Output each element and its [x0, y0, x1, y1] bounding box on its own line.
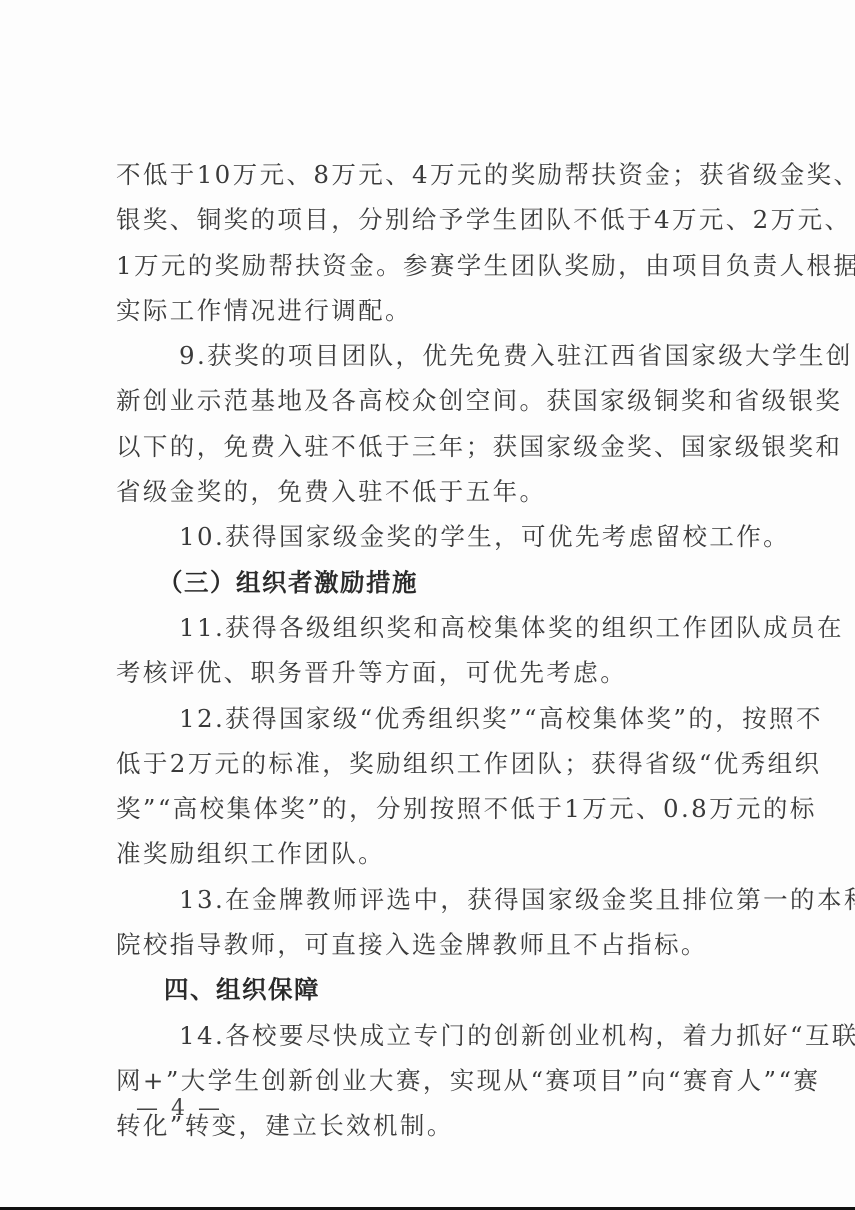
paragraph-14-start: 14.各校要尽快成立专门的创新创业机构，着力抓好“互联 [116, 1013, 748, 1058]
text-line: 省级金奖的，免费入驻不低于五年。 [116, 469, 748, 514]
text-line: 准奖励组织工作团队。 [116, 831, 748, 876]
text-line: 实际工作情况进行调配。 [116, 288, 748, 333]
text-line: 院校指导教师，可直接入选金牌教师且不占指标。 [116, 922, 748, 967]
section-heading-organizer-incentives: （三）组织者激励措施 [116, 560, 748, 605]
text-line: 银奖、铜奖的项目，分别给予学生团队不低于4万元、2万元、 [116, 197, 748, 242]
paragraph-11-start: 11.获得各级组织奖和高校集体奖的组织工作团队成员在 [116, 605, 748, 650]
paragraph-9-start: 9.获奖的项目团队，优先免费入驻江西省国家级大学生创 [116, 333, 748, 378]
document-body: 不低于10万元、8万元、4万元的奖励帮扶资金；获省级金奖、 银奖、铜奖的项目，分… [116, 152, 748, 1149]
text-line: 奖”“高校集体奖”的，分别按照不低于1万元、0.8万元的标 [116, 786, 748, 831]
text-line: 1万元的奖励帮扶资金。参赛学生团队奖励，由项目负责人根据 [116, 243, 748, 288]
paragraph-12-start: 12.获得国家级“优秀组织奖”“高校集体奖”的，按照不 [116, 696, 748, 741]
text-line: 考核评优、职务晋升等方面，可优先考虑。 [116, 650, 748, 695]
paragraph-10: 10.获得国家级金奖的学生，可优先考虑留校工作。 [116, 514, 748, 559]
text-line: 以下的，免费入驻不低于三年；获国家级金奖、国家级银奖和 [116, 424, 748, 469]
page-number: — 4 — [136, 1096, 223, 1121]
text-line: 不低于10万元、8万元、4万元的奖励帮扶资金；获省级金奖、 [116, 152, 748, 197]
section-heading-organizational-support: 四、组织保障 [116, 967, 748, 1012]
text-line: 低于2万元的标准，奖励组织工作团队；获得省级“优秀组织 [116, 741, 748, 786]
text-line: 新创业示范基地及各高校众创空间。获国家级铜奖和省级银奖 [116, 378, 748, 423]
document-page: 不低于10万元、8万元、4万元的奖励帮扶资金；获省级金奖、 银奖、铜奖的项目，分… [0, 0, 855, 1210]
paragraph-13-start: 13.在金牌教师评选中，获得国家级金奖且排位第一的本科 [116, 877, 748, 922]
